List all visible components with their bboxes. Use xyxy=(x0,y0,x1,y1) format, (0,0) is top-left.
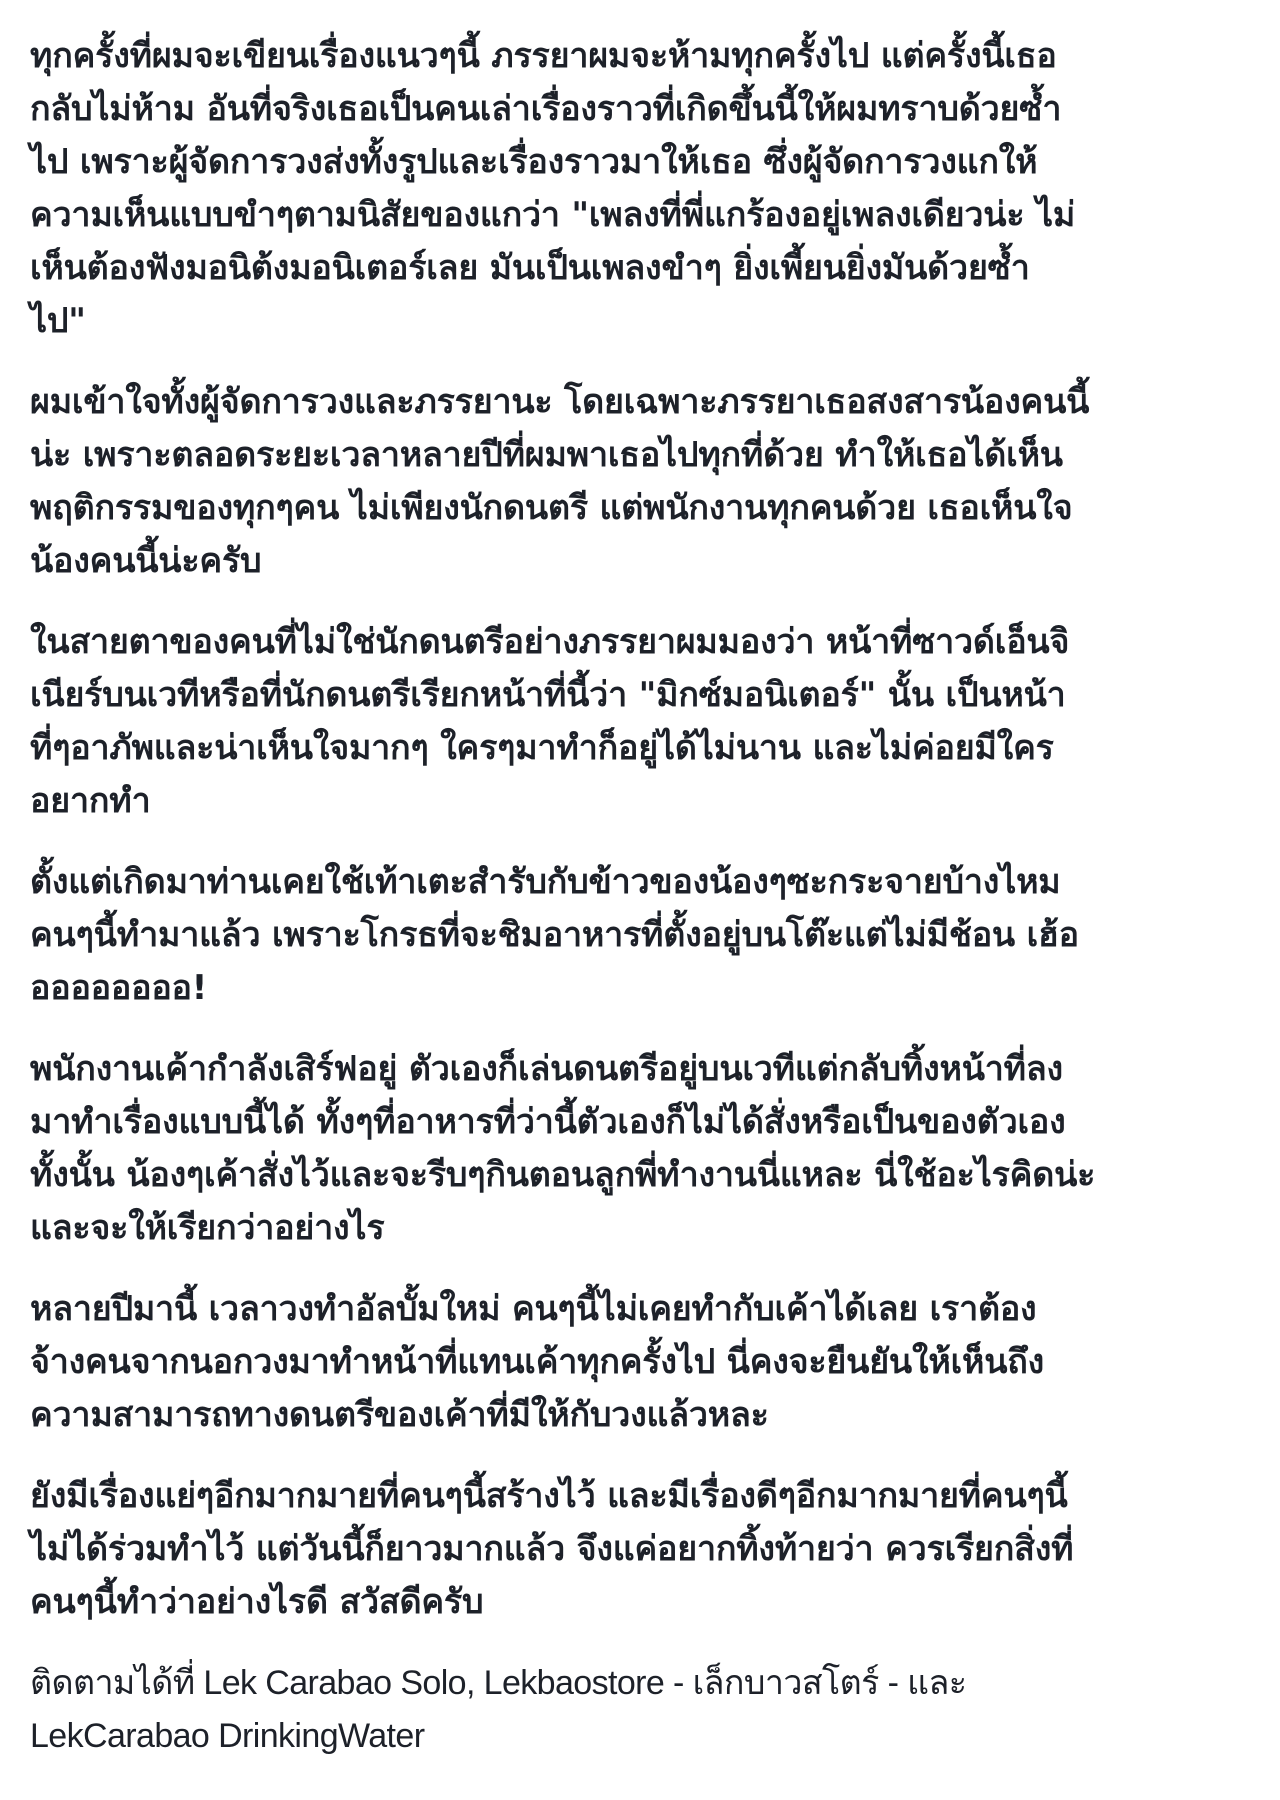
text-line: กลับไม่ห้าม อันที่จริงเธอเป็นคนเล่าเรื่อ… xyxy=(30,83,1260,136)
follow-links-paragraph: ติดตามได้ที่ Lek Carabao Solo, Lekbaosto… xyxy=(30,1657,1260,1763)
text-line: ออออออออ! xyxy=(30,962,1260,1015)
text-line: ทุกครั้งที่ผมจะเขียนเรื่องแนวๆนี้ ภรรยาผ… xyxy=(30,30,1260,83)
text-line: จ้างคนจากนอกวงมาทำหน้าที่แทนเค้าทุกครั้ง… xyxy=(30,1336,1260,1389)
text-line: ความสามารถทางดนตรีของเค้าที่มีให้กับวงแล… xyxy=(30,1389,1260,1442)
text-line: พนักงานเค้ากำลังเสิร์ฟอยู่ ตัวเองก็เล่นด… xyxy=(30,1043,1260,1096)
text-line: เนียร์บนเวทีหรือที่นักดนตรีเรียกหน้าที่น… xyxy=(30,669,1260,722)
text-line: คนๆนี้ทำว่าอย่างไรดี สวัสดีครับ xyxy=(30,1576,1260,1629)
text-line: ยังมีเรื่องแย่ๆอีกมากมายที่คนๆนี้สร้างไว… xyxy=(30,1470,1260,1523)
paragraph-2: ผมเข้าใจทั้งผู้จัดการวงและภรรยานะ โดยเฉพ… xyxy=(30,376,1260,588)
post-body: ทุกครั้งที่ผมจะเขียนเรื่องแนวๆนี้ ภรรยาผ… xyxy=(30,30,1260,1791)
text-line: อยากทำ xyxy=(30,775,1260,828)
text-line: หลายปีมานี้ เวลาวงทำอัลบั้มใหม่ คนๆนี้ไม… xyxy=(30,1283,1260,1336)
paragraph-6: หลายปีมานี้ เวลาวงทำอัลบั้มใหม่ คนๆนี้ไม… xyxy=(30,1283,1260,1442)
text-line: ความเห็นแบบขำๆตามนิสัยของแกว่า "เพลงที่พ… xyxy=(30,189,1260,242)
paragraph-7: ยังมีเรื่องแย่ๆอีกมากมายที่คนๆนี้สร้างไว… xyxy=(30,1470,1260,1629)
text-line: ตั้งแต่เกิดมาท่านเคยใช้เท้าเตะสำรับกับข้… xyxy=(30,856,1260,909)
text-line: เห็นต้องฟังมอนิต้งมอนิเตอร์เลย มันเป็นเพ… xyxy=(30,242,1260,295)
text-line: ในสายตาของคนที่ไม่ใช่นักดนตรีอย่างภรรยาผ… xyxy=(30,616,1260,669)
follow-text-line: ติดตามได้ที่ Lek Carabao Solo, Lekbaosto… xyxy=(30,1657,1260,1710)
text-line: ผมเข้าใจทั้งผู้จัดการวงและภรรยานะ โดยเฉพ… xyxy=(30,376,1260,429)
text-line: ที่ๆอาภัพและน่าเห็นใจมากๆ ใครๆมาทำก็อยู่… xyxy=(30,722,1260,775)
text-line: ไป" xyxy=(30,295,1260,348)
follow-text-line: LekCarabao DrinkingWater xyxy=(30,1710,1260,1763)
text-line: ไป เพราะผู้จัดการวงส่งทั้งรูปและเรื่องรา… xyxy=(30,136,1260,189)
paragraph-4: ตั้งแต่เกิดมาท่านเคยใช้เท้าเตะสำรับกับข้… xyxy=(30,856,1260,1015)
paragraph-3: ในสายตาของคนที่ไม่ใช่นักดนตรีอย่างภรรยาผ… xyxy=(30,616,1260,828)
text-line: คนๆนี้ทำมาแล้ว เพราะโกรธที่จะชิมอาหารที่… xyxy=(30,909,1260,962)
paragraph-1: ทุกครั้งที่ผมจะเขียนเรื่องแนวๆนี้ ภรรยาผ… xyxy=(30,30,1260,348)
text-line: น่ะ เพราะตลอดระยะเวลาหลายปีที่ผมพาเธอไปท… xyxy=(30,429,1260,482)
text-line: ทั้งนั้น น้องๆเค้าสั่งไว้และจะรีบๆกินตอน… xyxy=(30,1149,1260,1202)
text-line: มาทำเรื่องแบบนี้ได้ ทั้งๆที่อาหารที่ว่าน… xyxy=(30,1096,1260,1149)
text-line: น้องคนนี้น่ะครับ xyxy=(30,535,1260,588)
text-line: และจะให้เรียกว่าอย่างไร xyxy=(30,1202,1260,1255)
text-line: พฤติกรรมของทุกๆคน ไม่เพียงนักดนตรี แต่พน… xyxy=(30,482,1260,535)
text-line: ไม่ได้ร่วมทำไว้ แต่วันนี้ก็ยาวมากแล้ว จึ… xyxy=(30,1523,1260,1576)
paragraph-5: พนักงานเค้ากำลังเสิร์ฟอยู่ ตัวเองก็เล่นด… xyxy=(30,1043,1260,1255)
